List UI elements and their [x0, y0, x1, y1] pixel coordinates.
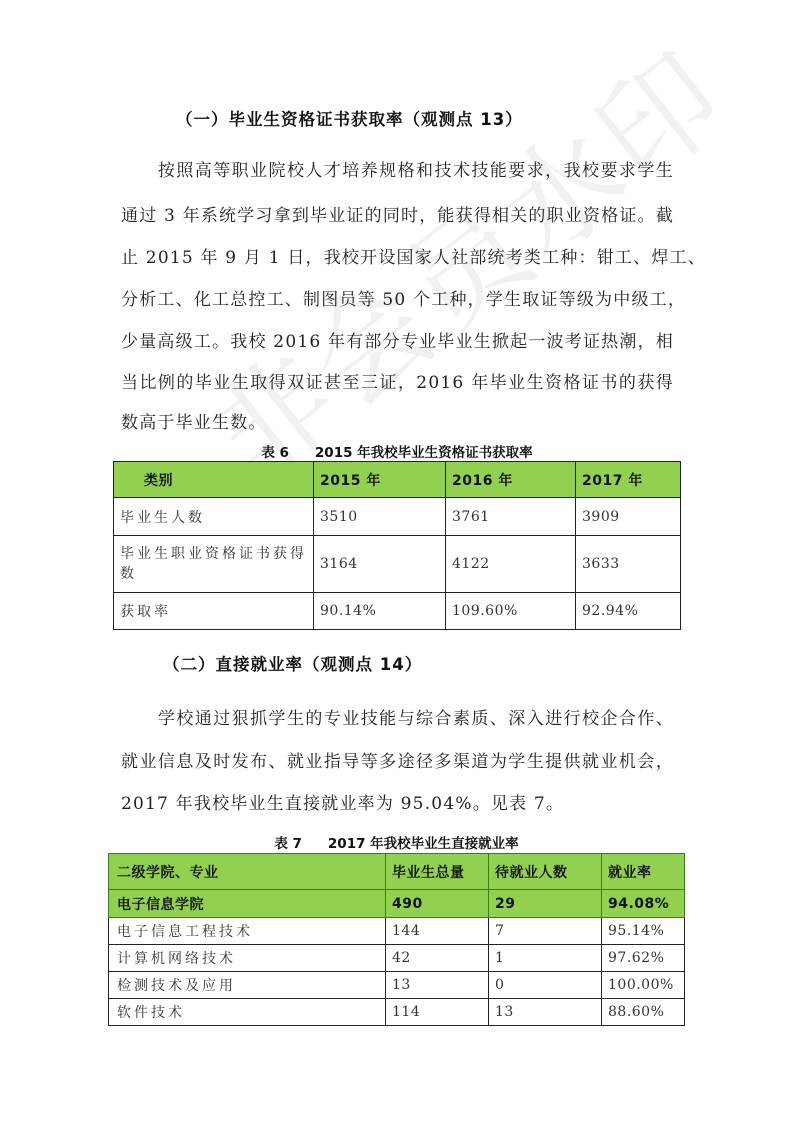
- table-cell: 490: [386, 890, 489, 918]
- section-heading-certificate-rate: （一）毕业生资格证书获取率（观测点 13）: [176, 106, 523, 130]
- table-row: 检测技术及应用 13 0 100.00%: [109, 972, 685, 999]
- table-cell: 144: [386, 918, 489, 945]
- paragraph-line: 数高于毕业生数。: [121, 408, 674, 433]
- table-cell: 0: [489, 972, 602, 999]
- table-row: 计算机网络技术 42 1 97.62%: [109, 945, 685, 972]
- table-cell: 42: [386, 945, 489, 972]
- caption-number: 表 7: [274, 836, 302, 852]
- table-cell: 3761: [446, 498, 576, 536]
- table-row: 获取率 90.14% 109.60% 92.94%: [114, 593, 681, 630]
- table-cell: 95.14%: [602, 918, 685, 945]
- row-label: 电子信息工程技术: [109, 918, 386, 945]
- paragraph-line: 学校通过狠抓学生的专业技能与综合素质、深入进行校企合作、: [121, 704, 674, 729]
- table-cell: 94.08%: [602, 890, 685, 918]
- college-summary-row: 电子信息学院 490 29 94.08%: [109, 890, 685, 918]
- paragraph-line: 按照高等职业院校人才培养规格和技术技能要求，我校要求学生: [121, 156, 674, 181]
- table-cell: 92.94%: [576, 593, 681, 630]
- table-cell: 13: [386, 972, 489, 999]
- paragraph-line: 就业信息及时发布、就业指导等多途径多渠道为学生提供就业机会，: [121, 747, 674, 772]
- header-cell: 毕业生总量: [386, 854, 489, 890]
- section-heading-employment-rate: （二）直接就业率（观测点 14）: [163, 651, 422, 675]
- table-header-row: 类别 2015 年 2016 年 2017 年: [114, 462, 681, 498]
- table-6-caption: 表 62015 年我校毕业生资格证书获取率: [113, 441, 681, 461]
- table-row: 毕业生人数 3510 3761 3909: [114, 498, 681, 536]
- table-cell: 97.62%: [602, 945, 685, 972]
- certificate-rate-table: 类别 2015 年 2016 年 2017 年 毕业生人数 3510 3761 …: [113, 461, 681, 630]
- table-cell: 3909: [576, 498, 681, 536]
- table-row: 毕业生职业资格证书获得数 3164 4122 3633: [114, 536, 681, 593]
- header-cell: 二级学院、专业: [109, 854, 386, 890]
- paragraph-line: 少量高级工。我校 2016 年有部分专业毕业生掀起一波考证热潮，相: [121, 327, 674, 352]
- table-cell: 29: [489, 890, 602, 918]
- paragraph-line: 当比例的毕业生取得双证甚至三证，2016 年毕业生资格证书的获得: [121, 368, 674, 393]
- table-header-row: 二级学院、专业 毕业生总量 待就业人数 就业率: [109, 854, 685, 890]
- table-cell: 13: [489, 999, 602, 1026]
- row-label: 毕业生人数: [114, 498, 314, 536]
- caption-title: 2015 年我校毕业生资格证书获取率: [315, 445, 533, 461]
- table-row: 电子信息工程技术 144 7 95.14%: [109, 918, 685, 945]
- row-label: 软件技术: [109, 999, 386, 1026]
- table-cell: 1: [489, 945, 602, 972]
- table-cell: 3164: [314, 536, 446, 593]
- header-cell: 待就业人数: [489, 854, 602, 890]
- header-cell: 2016 年: [446, 462, 576, 498]
- header-cell: 类别: [114, 462, 314, 498]
- paragraph-line: 分析工、化工总控工、制图员等 50 个工种，学生取证等级为中级工，: [121, 285, 674, 310]
- paragraph-line: 2017 年我校毕业生直接就业率为 95.04%。见表 7。: [121, 789, 674, 814]
- table-cell: 3633: [576, 536, 681, 593]
- row-label: 计算机网络技术: [109, 945, 386, 972]
- row-label: 电子信息学院: [109, 890, 386, 918]
- paragraph-line: 止 2015 年 9 月 1 日，我校开设国家人社部统考类工种：钳工、焊工、: [121, 243, 674, 268]
- table-7-caption: 表 72017 年我校毕业生直接就业率: [108, 832, 685, 852]
- table-cell: 100.00%: [602, 972, 685, 999]
- table-cell: 90.14%: [314, 593, 446, 630]
- header-cell: 2015 年: [314, 462, 446, 498]
- document-page: 非会员水印 （一）毕业生资格证书获取率（观测点 13） 按照高等职业院校人才培养…: [0, 0, 793, 1122]
- caption-title: 2017 年我校毕业生直接就业率: [328, 836, 519, 852]
- row-label: 获取率: [114, 593, 314, 630]
- table-cell: 7: [489, 918, 602, 945]
- header-cell: 2017 年: [576, 462, 681, 498]
- employment-rate-table: 二级学院、专业 毕业生总量 待就业人数 就业率 电子信息学院 490 29 94…: [108, 853, 685, 1026]
- paragraph-line: 通过 3 年系统学习拿到毕业证的同时，能获得相关的职业资格证。截: [121, 201, 674, 226]
- table-cell: 88.60%: [602, 999, 685, 1026]
- table-cell: 114: [386, 999, 489, 1026]
- table-row: 软件技术 114 13 88.60%: [109, 999, 685, 1026]
- header-cell: 就业率: [602, 854, 685, 890]
- caption-number: 表 6: [261, 445, 289, 461]
- row-label: 毕业生职业资格证书获得数: [114, 536, 314, 593]
- table-cell: 3510: [314, 498, 446, 536]
- row-label: 检测技术及应用: [109, 972, 386, 999]
- table-cell: 4122: [446, 536, 576, 593]
- table-cell: 109.60%: [446, 593, 576, 630]
